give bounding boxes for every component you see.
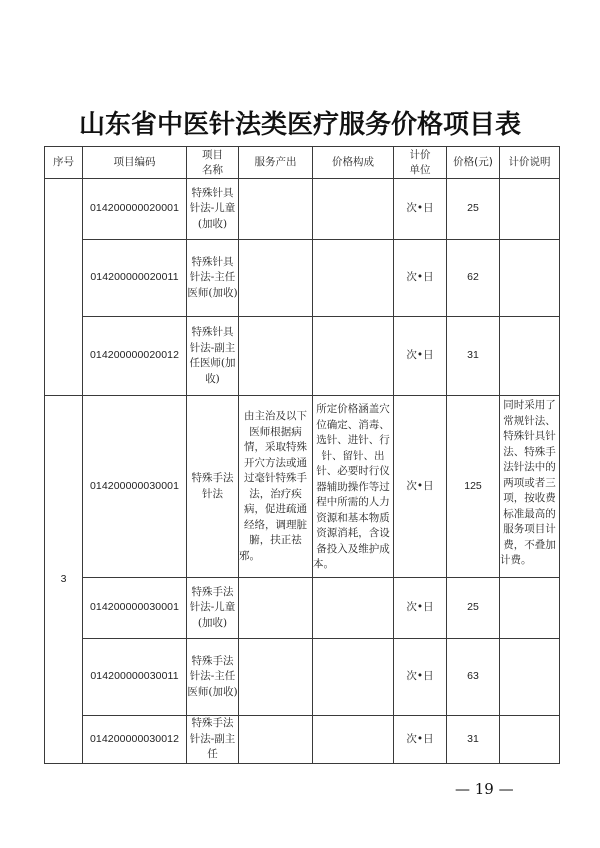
unit-cell: 次•日 bbox=[394, 578, 447, 639]
unit-cell: 次•日 bbox=[394, 396, 447, 578]
note-cell bbox=[500, 578, 560, 639]
page-number: — 19 — bbox=[455, 780, 514, 798]
table-row: 014200000020011 特殊针具针法-主任医师(加收) 次•日 62 bbox=[45, 240, 560, 317]
output-cell bbox=[239, 179, 313, 240]
table-header-row: 序号 项目编码 项目名称 服务产出 价格构成 计价单位 价格(元) 计价说明 bbox=[45, 147, 560, 179]
table-row: 3 014200000030001 特殊手法针法 由主治及以下医师根据病情，采取… bbox=[45, 396, 560, 578]
table-row: 014200000020001 特殊针具针法-儿童(加收) 次•日 25 bbox=[45, 179, 560, 240]
name-cell: 特殊手法针法-儿童(加收) bbox=[187, 578, 239, 639]
table-row: 014200000030001 特殊手法针法-儿童(加收) 次•日 25 bbox=[45, 578, 560, 639]
composition-cell bbox=[313, 317, 394, 396]
name-cell: 特殊手法针法-副主任 bbox=[187, 716, 239, 764]
composition-cell bbox=[313, 639, 394, 716]
table-row: 014200000030011 特殊手法针法-主任医师(加收) 次•日 63 bbox=[45, 639, 560, 716]
header-code: 项目编码 bbox=[83, 147, 187, 179]
page-title: 山东省中医针法类医疗服务价格项目表 bbox=[0, 104, 600, 141]
header-note: 计价说明 bbox=[500, 147, 560, 179]
code-cell: 014200000030012 bbox=[83, 716, 187, 764]
header-seq: 序号 bbox=[45, 147, 83, 179]
price-cell: 31 bbox=[447, 716, 500, 764]
composition-cell bbox=[313, 578, 394, 639]
note-cell bbox=[500, 317, 560, 396]
name-cell: 特殊针具针法-副主任医师(加收) bbox=[187, 317, 239, 396]
header-name: 项目名称 bbox=[187, 147, 239, 179]
code-cell: 014200000030001 bbox=[83, 396, 187, 578]
output-cell bbox=[239, 716, 313, 764]
name-cell: 特殊手法针法 bbox=[187, 396, 239, 578]
composition-cell: 所定价格涵盖穴位确定、消毒、选针、进针、行针、留针、出针、必要时行仪器辅助操作等… bbox=[313, 396, 394, 578]
composition-cell bbox=[313, 179, 394, 240]
unit-cell: 次•日 bbox=[394, 317, 447, 396]
unit-cell: 次•日 bbox=[394, 240, 447, 317]
code-cell: 014200000020001 bbox=[83, 179, 187, 240]
code-cell: 014200000030001 bbox=[83, 578, 187, 639]
header-output: 服务产出 bbox=[239, 147, 313, 179]
price-cell: 25 bbox=[447, 578, 500, 639]
note-cell bbox=[500, 716, 560, 764]
price-cell: 62 bbox=[447, 240, 500, 317]
header-unit-text: 计价单位 bbox=[407, 148, 433, 178]
composition-cell bbox=[313, 240, 394, 317]
header-unit: 计价单位 bbox=[394, 147, 447, 179]
unit-cell: 次•日 bbox=[394, 179, 447, 240]
price-cell: 25 bbox=[447, 179, 500, 240]
output-cell: 由主治及以下医师根据病情，采取特殊开穴方法或通过毫针特殊手法，治疗疾病，促进疏通… bbox=[239, 396, 313, 578]
output-cell bbox=[239, 639, 313, 716]
table-row: 014200000030012 特殊手法针法-副主任 次•日 31 bbox=[45, 716, 560, 764]
price-cell: 125 bbox=[447, 396, 500, 578]
unit-cell: 次•日 bbox=[394, 716, 447, 764]
price-cell: 63 bbox=[447, 639, 500, 716]
unit-cell: 次•日 bbox=[394, 639, 447, 716]
output-cell bbox=[239, 240, 313, 317]
header-name-text: 项目名称 bbox=[200, 148, 226, 178]
code-cell: 014200000030011 bbox=[83, 639, 187, 716]
output-cell bbox=[239, 578, 313, 639]
header-price: 价格(元) bbox=[447, 147, 500, 179]
code-cell: 014200000020011 bbox=[83, 240, 187, 317]
name-cell: 特殊针具针法-儿童(加收) bbox=[187, 179, 239, 240]
price-table: 序号 项目编码 项目名称 服务产出 价格构成 计价单位 价格(元) 计价说明 0… bbox=[44, 146, 560, 764]
seq-cell: 3 bbox=[45, 396, 83, 764]
seq-cell bbox=[45, 179, 83, 396]
composition-cell bbox=[313, 716, 394, 764]
output-cell bbox=[239, 317, 313, 396]
table-row: 014200000020012 特殊针具针法-副主任医师(加收) 次•日 31 bbox=[45, 317, 560, 396]
price-cell: 31 bbox=[447, 317, 500, 396]
note-cell bbox=[500, 639, 560, 716]
code-cell: 014200000020012 bbox=[83, 317, 187, 396]
name-cell: 特殊手法针法-主任医师(加收) bbox=[187, 639, 239, 716]
header-composition: 价格构成 bbox=[313, 147, 394, 179]
name-cell: 特殊针具针法-主任医师(加收) bbox=[187, 240, 239, 317]
note-cell bbox=[500, 179, 560, 240]
note-cell bbox=[500, 240, 560, 317]
note-cell: 同时采用了常规针法、特殊针具针法、特殊手法针法中的两项或者三项，按收费标准最高的… bbox=[500, 396, 560, 578]
